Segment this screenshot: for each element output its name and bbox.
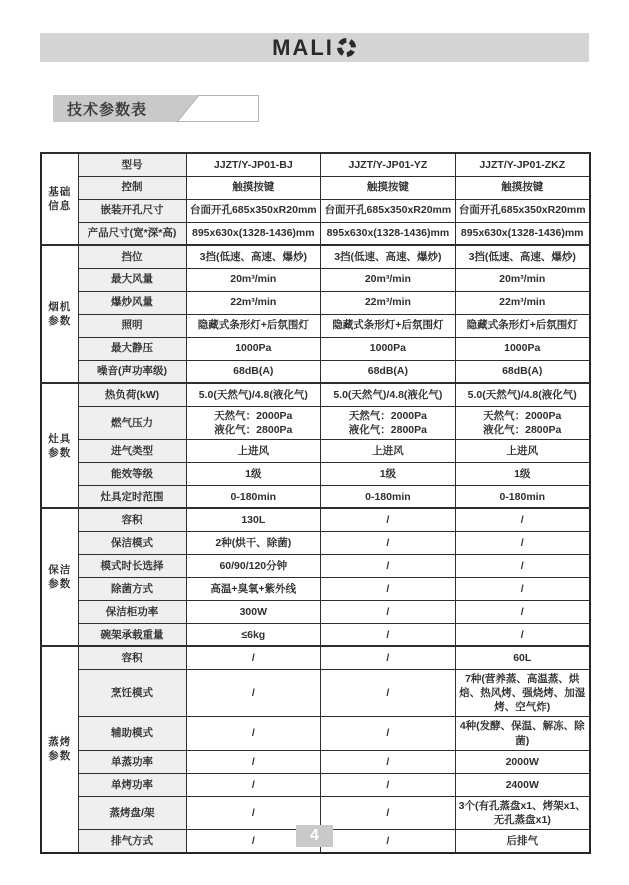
- spec-value: 0-180min: [186, 485, 321, 508]
- row-label: 热负荷(kW): [78, 383, 186, 406]
- table-row: 烹饪模式//7种(营养蒸、高温蒸、烘焙、热风烤、强烧烤、加湿烤、空气炸): [41, 669, 590, 717]
- spec-value: /: [321, 750, 456, 773]
- spec-value: JJZT/Y-JP01-ZKZ: [455, 153, 590, 176]
- spec-value: 1级: [186, 462, 321, 485]
- row-label: 蒸烤盘/架: [78, 796, 186, 829]
- spec-value: 22m³/min: [186, 291, 321, 314]
- row-label: 型号: [78, 153, 186, 176]
- spec-value: /: [186, 646, 321, 669]
- spec-value: /: [321, 830, 456, 853]
- spec-value: 4种(发酵、保温、解冻、除菌): [455, 717, 590, 750]
- spec-value: 895x630x(1328-1436)mm: [321, 222, 456, 245]
- spec-value: 高温+臭氧+紫外线: [186, 577, 321, 600]
- table-row: 基础信息型号JJZT/Y-JP01-BJJJZT/Y-JP01-YZJJZT/Y…: [41, 153, 590, 176]
- spec-value: 68dB(A): [321, 360, 456, 383]
- page-number: 4: [310, 827, 319, 845]
- section-header: 烟机参数: [41, 245, 78, 383]
- row-label: 爆炒风量: [78, 291, 186, 314]
- spec-value: 后排气: [455, 830, 590, 853]
- spec-value: 台面开孔685x350xR20mm: [321, 199, 456, 222]
- row-label: 最大风量: [78, 268, 186, 291]
- spec-value: 3挡(低速、高速、爆炒): [321, 245, 456, 268]
- row-label: 最大静压: [78, 337, 186, 360]
- spec-value: /: [321, 646, 456, 669]
- spec-table: 基础信息型号JJZT/Y-JP01-BJJJZT/Y-JP01-YZJJZT/Y…: [40, 152, 589, 854]
- table-row: 保洁模式2种(烘干、除菌)//: [41, 531, 590, 554]
- spec-value: 895x630x(1328-1436)mm: [186, 222, 321, 245]
- spec-value: /: [455, 508, 590, 531]
- spec-value: 5.0(天然气)/4.8(液化气): [455, 383, 590, 406]
- ribbon-notch-shape: [176, 95, 259, 122]
- spec-value: 1000Pa: [186, 337, 321, 360]
- spec-value: 0-180min: [455, 485, 590, 508]
- section-title-ribbon: 技术参数表: [53, 95, 258, 122]
- spec-value: 3挡(低速、高速、爆炒): [186, 245, 321, 268]
- segmented-ring-icon: [336, 37, 357, 58]
- spec-value: 上进风: [321, 439, 456, 462]
- spec-value: 台面开孔685x350xR20mm: [455, 199, 590, 222]
- table-row: 产品尺寸(宽*深*高)895x630x(1328-1436)mm895x630x…: [41, 222, 590, 245]
- spec-value: 20m³/min: [321, 268, 456, 291]
- spec-value: 130L: [186, 508, 321, 531]
- spec-value: 触摸按键: [455, 176, 590, 199]
- spec-value: /: [321, 773, 456, 796]
- spec-value: 1000Pa: [321, 337, 456, 360]
- brand-logo: MALI: [272, 37, 357, 59]
- spec-value: 台面开孔685x350xR20mm: [186, 199, 321, 222]
- spec-value: 1000Pa: [455, 337, 590, 360]
- row-label: 辅助模式: [78, 717, 186, 750]
- spec-value: 触摸按键: [321, 176, 456, 199]
- spec-value: /: [321, 600, 456, 623]
- page-title: 技术参数表: [67, 98, 147, 119]
- table-row: 烟机参数挡位3挡(低速、高速、爆炒)3挡(低速、高速、爆炒)3挡(低速、高速、爆…: [41, 245, 590, 268]
- table-row: 蒸烤参数容积//60L: [41, 646, 590, 669]
- spec-value: ≤6kg: [186, 623, 321, 646]
- brand-logo-text: MALI: [272, 37, 334, 59]
- spec-value: /: [455, 577, 590, 600]
- brand-bar: MALI: [40, 33, 589, 62]
- spec-value: 天然气：2000Pa 液化气：2800Pa: [186, 406, 321, 439]
- spec-value: 60L: [455, 646, 590, 669]
- row-label: 产品尺寸(宽*深*高): [78, 222, 186, 245]
- spec-value: /: [186, 750, 321, 773]
- spec-value: 上进风: [186, 439, 321, 462]
- row-label: 除菌方式: [78, 577, 186, 600]
- spec-value: /: [186, 669, 321, 717]
- table-row: 爆炒风量22m³/min22m³/min22m³/min: [41, 291, 590, 314]
- row-label: 容积: [78, 508, 186, 531]
- table-row: 控制触摸按键触摸按键触摸按键: [41, 176, 590, 199]
- spec-value: 22m³/min: [455, 291, 590, 314]
- section-header: 灶具参数: [41, 383, 78, 508]
- spec-value: 2400W: [455, 773, 590, 796]
- row-label: 控制: [78, 176, 186, 199]
- row-label: 进气类型: [78, 439, 186, 462]
- table-row: 能效等级1级1级1级: [41, 462, 590, 485]
- spec-value: 60/90/120分钟: [186, 554, 321, 577]
- row-label: 灶具定时范围: [78, 485, 186, 508]
- spec-value: 0-180min: [321, 485, 456, 508]
- row-label: 照明: [78, 314, 186, 337]
- spec-value: 20m³/min: [186, 268, 321, 291]
- table-row: 灶具定时范围0-180min0-180min0-180min: [41, 485, 590, 508]
- section-header: 保洁参数: [41, 508, 78, 646]
- row-label: 保洁模式: [78, 531, 186, 554]
- spec-value: /: [321, 623, 456, 646]
- table-row: 单烤功率//2400W: [41, 773, 590, 796]
- row-label: 碗架承载重量: [78, 623, 186, 646]
- row-label: 能效等级: [78, 462, 186, 485]
- row-label: 单蒸功率: [78, 750, 186, 773]
- spec-value: 68dB(A): [186, 360, 321, 383]
- table-row: 保洁参数容积130L//: [41, 508, 590, 531]
- spec-value: 隐藏式条形灯+后氛围灯: [321, 314, 456, 337]
- table-row: 灶具参数热负荷(kW)5.0(天然气)/4.8(液化气)5.0(天然气)/4.8…: [41, 383, 590, 406]
- section-header: 基础信息: [41, 153, 78, 245]
- row-label: 容积: [78, 646, 186, 669]
- spec-value: 隐藏式条形灯+后氛围灯: [455, 314, 590, 337]
- spec-value: 3个(有孔蒸盘x1、烤架x1、无孔蒸盘x1): [455, 796, 590, 829]
- spec-value: /: [455, 554, 590, 577]
- spec-value: 20m³/min: [455, 268, 590, 291]
- table-row: 单蒸功率//2000W: [41, 750, 590, 773]
- spec-value: 895x630x(1328-1436)mm: [455, 222, 590, 245]
- spec-value: /: [455, 531, 590, 554]
- page-number-badge: 4: [296, 825, 333, 847]
- spec-value: /: [321, 717, 456, 750]
- spec-table-body: 基础信息型号JJZT/Y-JP01-BJJJZT/Y-JP01-YZJJZT/Y…: [41, 153, 590, 853]
- spec-value: 5.0(天然气)/4.8(液化气): [186, 383, 321, 406]
- spec-value: /: [321, 669, 456, 717]
- spec-value: /: [321, 531, 456, 554]
- spec-value: 7种(营养蒸、高温蒸、烘焙、热风烤、强烧烤、加湿烤、空气炸): [455, 669, 590, 717]
- spec-value: 上进风: [455, 439, 590, 462]
- table-row: 辅助模式//4种(发酵、保温、解冻、除菌): [41, 717, 590, 750]
- table-row: 碗架承载重量≤6kg//: [41, 623, 590, 646]
- spec-value: 隐藏式条形灯+后氛围灯: [186, 314, 321, 337]
- spec-value: 2种(烘干、除菌): [186, 531, 321, 554]
- table-row: 燃气压力天然气：2000Pa 液化气：2800Pa天然气：2000Pa 液化气：…: [41, 406, 590, 439]
- spec-value: /: [186, 773, 321, 796]
- section-header: 蒸烤参数: [41, 646, 78, 852]
- spec-value: /: [186, 717, 321, 750]
- spec-value: 22m³/min: [321, 291, 456, 314]
- spec-value: 1级: [455, 462, 590, 485]
- table-row: 噪音(声功率级)68dB(A)68dB(A)68dB(A): [41, 360, 590, 383]
- table-row: 最大静压1000Pa1000Pa1000Pa: [41, 337, 590, 360]
- table-row: 进气类型上进风上进风上进风: [41, 439, 590, 462]
- spec-value: 天然气：2000Pa 液化气：2800Pa: [455, 406, 590, 439]
- row-label: 噪音(声功率级): [78, 360, 186, 383]
- spec-value: JJZT/Y-JP01-BJ: [186, 153, 321, 176]
- spec-value: 2000W: [455, 750, 590, 773]
- row-label: 燃气压力: [78, 406, 186, 439]
- table-row: 模式时长选择60/90/120分钟//: [41, 554, 590, 577]
- spec-value: 天然气：2000Pa 液化气：2800Pa: [321, 406, 456, 439]
- spec-value: 5.0(天然气)/4.8(液化气): [321, 383, 456, 406]
- spec-value: /: [321, 554, 456, 577]
- spec-value: /: [321, 508, 456, 531]
- row-label: 嵌装开孔尺寸: [78, 199, 186, 222]
- spec-value: 触摸按键: [186, 176, 321, 199]
- table-row: 除菌方式高温+臭氧+紫外线//: [41, 577, 590, 600]
- table-row: 照明隐藏式条形灯+后氛围灯隐藏式条形灯+后氛围灯隐藏式条形灯+后氛围灯: [41, 314, 590, 337]
- spec-value: 68dB(A): [455, 360, 590, 383]
- spec-value: /: [455, 600, 590, 623]
- spec-value: 1级: [321, 462, 456, 485]
- table-row: 保洁柜功率300W//: [41, 600, 590, 623]
- table-row: 嵌装开孔尺寸台面开孔685x350xR20mm台面开孔685x350xR20mm…: [41, 199, 590, 222]
- row-label: 排气方式: [78, 830, 186, 853]
- spec-value: 3挡(低速、高速、爆炒): [455, 245, 590, 268]
- spec-value: /: [321, 577, 456, 600]
- spec-value: /: [321, 796, 456, 829]
- spec-value: 300W: [186, 600, 321, 623]
- row-label: 单烤功率: [78, 773, 186, 796]
- table-row: 最大风量20m³/min20m³/min20m³/min: [41, 268, 590, 291]
- row-label: 挡位: [78, 245, 186, 268]
- spec-value: /: [455, 623, 590, 646]
- row-label: 保洁柜功率: [78, 600, 186, 623]
- row-label: 烹饪模式: [78, 669, 186, 717]
- spec-value: JJZT/Y-JP01-YZ: [321, 153, 456, 176]
- row-label: 模式时长选择: [78, 554, 186, 577]
